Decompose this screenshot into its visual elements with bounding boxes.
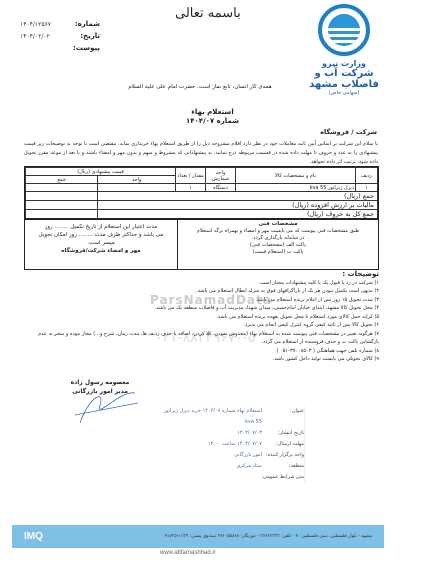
company-name: شرکت آب و فاضلاب مشهد xyxy=(300,68,388,90)
info-value: امور بازرگانی xyxy=(155,450,262,461)
note-item: ۸) شماره تلفن جهت هماهنگی ( ۳۷۰۰۸۵۰۳-۰۵۱… xyxy=(24,347,379,356)
company-type: (سهامی خاص) xyxy=(300,90,388,96)
info-row: تاریخ انتشار:۱۴۰۴/۰۷/۰۳ xyxy=(155,428,304,439)
info-key: متن شرایط عمومی: xyxy=(244,472,304,483)
cell-total[interactable] xyxy=(26,184,98,192)
col-unit-price: واحد xyxy=(98,176,176,184)
intro-paragraph: با سلام این شرکت بر اساس آیین نامه معامل… xyxy=(24,140,378,167)
imq-logo-icon: IMQ xyxy=(24,531,43,542)
announcement-info: عنوان:استعلام بهاء شماره ۱۴۰۴/۰۷ خرید دی… xyxy=(155,406,305,483)
note-item: ۲) بدیهی است تکمیل نبودن هر یک از پاراگر… xyxy=(24,287,379,296)
info-value: استعلام بهاء شماره ۱۴۰۴/۰۷ خرید دیزل ژنر… xyxy=(155,406,262,428)
col-unit: واحد شمارش xyxy=(206,168,236,184)
validity-line: می باشد و حداکثر ظرف مدت ........ روز ام… xyxy=(25,231,177,239)
letter-date: ۱۴۰۴/۰۲/۰۲ xyxy=(20,33,50,40)
info-row: متن شرایط عمومی: xyxy=(155,472,304,483)
validity-line: میسر است. xyxy=(25,239,177,247)
col-name: نام و مشخصات کالا xyxy=(236,168,356,184)
specs-validity-box: مشخصات فنی طبق مشخصات فنی پیوست که می با… xyxy=(24,218,379,270)
signature-scribble-icon xyxy=(70,385,140,425)
letter-number-label: شماره: xyxy=(75,20,100,28)
info-key: منطقه: xyxy=(262,461,304,472)
validity-block: مدت اعتبار این استعلام از تاریخ تکمیل ..… xyxy=(25,219,178,269)
title-line-1: استعلام بهاء xyxy=(150,108,275,117)
summary-row: جمع (ریال) xyxy=(26,192,378,201)
water-drop-logo-icon xyxy=(318,4,370,56)
summary-row: مالیات بر ارزش افزوده (ریال) xyxy=(26,201,378,210)
footer-address: مشهد - بلوار فلسطین، نبش فلسطین ۲۰ - تلف… xyxy=(165,534,372,539)
cell-row: ۱ xyxy=(356,184,378,192)
company-logo: وزارت نیرو شرکت آب و فاضلاب مشهد (سهامی … xyxy=(300,4,388,96)
info-row: مهلت ارسال:۱۴۰۴/۰۷/۰۷ ساعت ۱۲:۰۰ xyxy=(155,439,304,450)
specs-heading: مشخصات فنی xyxy=(178,221,378,228)
price-inquiry-table: ردیف نام و مشخصات کالا واحد شمارش مقدار … xyxy=(24,166,379,220)
specs-line: پاکت الف (مشخصات فنی) xyxy=(178,242,378,249)
stamp-signature-label: مهر و امضاء شرکت/فروشگاه xyxy=(25,247,177,255)
note-item: ۳) مدت تحویل ۱۵ روز پس از اعلام برنده اس… xyxy=(24,296,379,305)
info-value: ۱۴۰۴/۰۷/۰۳ xyxy=(155,428,262,439)
note-item: ۱) شرکت در رد یا قبول یک یا کلیه پیشنهاد… xyxy=(24,279,379,288)
col-row: ردیف xyxy=(356,168,378,184)
document-page: وزارت نیرو شرکت آب و فاضلاب مشهد (سهامی … xyxy=(0,0,427,576)
letter-number: ۱۴۰۴/۱۲۵۶۷ xyxy=(20,21,51,28)
info-row: عنوان:استعلام بهاء شماره ۱۴۰۴/۰۷ خرید دی… xyxy=(155,406,304,428)
footer-bar: IMQ مشهد - بلوار فلسطین، نبش فلسطین ۲۰ -… xyxy=(12,525,384,548)
col-price-group: قیمت پیشنهادی (ریال) xyxy=(26,168,176,176)
note-item: ۵) کرایه حمل کالای مورد استعلام تا محل ت… xyxy=(24,313,379,322)
table-row: ۱ دیزل ژنراتور kva 55 دستگاه ۱ xyxy=(26,184,378,192)
info-value xyxy=(155,472,244,483)
info-key: مهلت ارسال: xyxy=(262,439,304,450)
col-total: جمع xyxy=(26,176,98,184)
info-row: واحد برگزار کننده:امور بازرگانی xyxy=(155,450,304,461)
info-key: واحد برگزار کننده: xyxy=(262,450,304,461)
document-title: استعلام بهاء شماره ۱۴۰۴/۰۷ xyxy=(150,108,275,126)
info-value: ۱۴۰۴/۰۷/۰۷ ساعت ۱۲:۰۰ xyxy=(155,439,262,450)
cell-unit: دستگاه xyxy=(206,184,236,192)
specs-line: پاکت ب (استعلام قیمت) xyxy=(178,249,378,256)
cell-name: دیزل ژنراتور kva 55 xyxy=(236,184,356,192)
note-item: ۴) محل تحویل کالا مشهد، ابتدای خیابان ام… xyxy=(24,304,379,313)
specs-line: در سامانه بارگذاری گردد. xyxy=(178,235,378,242)
summary-value[interactable] xyxy=(26,192,98,201)
letter-date-label: تاریخ: xyxy=(80,32,100,40)
summary-label: مالیات بر ارزش افزوده (ریال) xyxy=(98,201,378,210)
info-row: منطقه:ستاد مرکزی xyxy=(155,461,304,472)
title-line-2: شماره ۱۴۰۴/۰۷ xyxy=(150,117,275,126)
motto: همه‌ی کار انسان، تابع نماز است. حضرت اما… xyxy=(120,84,280,90)
basmala-heading: باسمه تعالی xyxy=(175,6,241,21)
info-key: تاریخ انتشار: xyxy=(262,428,304,439)
notes-section: توضیحات : ۱) شرکت در رد یا قبول یک یا کل… xyxy=(24,270,379,364)
notes-heading: توضیحات : xyxy=(24,270,379,279)
validity-line: مدت اعتبار این استعلام از تاریخ تکمیل ..… xyxy=(25,223,177,231)
note-item: ۹) کالای تحویلی می بایست تولید داخل کشور… xyxy=(24,355,379,364)
info-value: ستاد مرکزی xyxy=(155,461,262,472)
technical-specs: مشخصات فنی طبق مشخصات فنی پیوست که می با… xyxy=(178,219,378,269)
cell-qty: ۱ xyxy=(176,184,206,192)
col-qty: مقدار / تعداد xyxy=(176,168,206,184)
website-link[interactable]: www.abfamashhad.ir xyxy=(160,550,216,556)
note-item: ۷) هرگونه تغییر در مشخصات فنی پیوست شده … xyxy=(24,330,379,347)
info-key: عنوان: xyxy=(262,406,304,428)
cell-unit-price[interactable] xyxy=(98,184,176,192)
specs-line: طبق مشخصات فنی پیوست که می بایست مهر و ا… xyxy=(178,228,378,235)
attachment-label: پیوست: xyxy=(73,44,100,52)
note-item: ۶) تحویل کالا پس از تائید کیفی گروه کنتر… xyxy=(24,321,379,330)
summary-value[interactable] xyxy=(26,201,98,210)
recipient-label: شرکت / فروشگاه xyxy=(320,128,377,136)
summary-label: جمع (ریال) xyxy=(98,192,378,201)
ministry-name: وزارت نیرو xyxy=(300,59,388,68)
letter-meta: ۱۴۰۴/۱۲۵۶۷ شماره: ۱۴۰۴/۰۲/۰۲ تاریخ: پیوس… xyxy=(20,18,100,54)
